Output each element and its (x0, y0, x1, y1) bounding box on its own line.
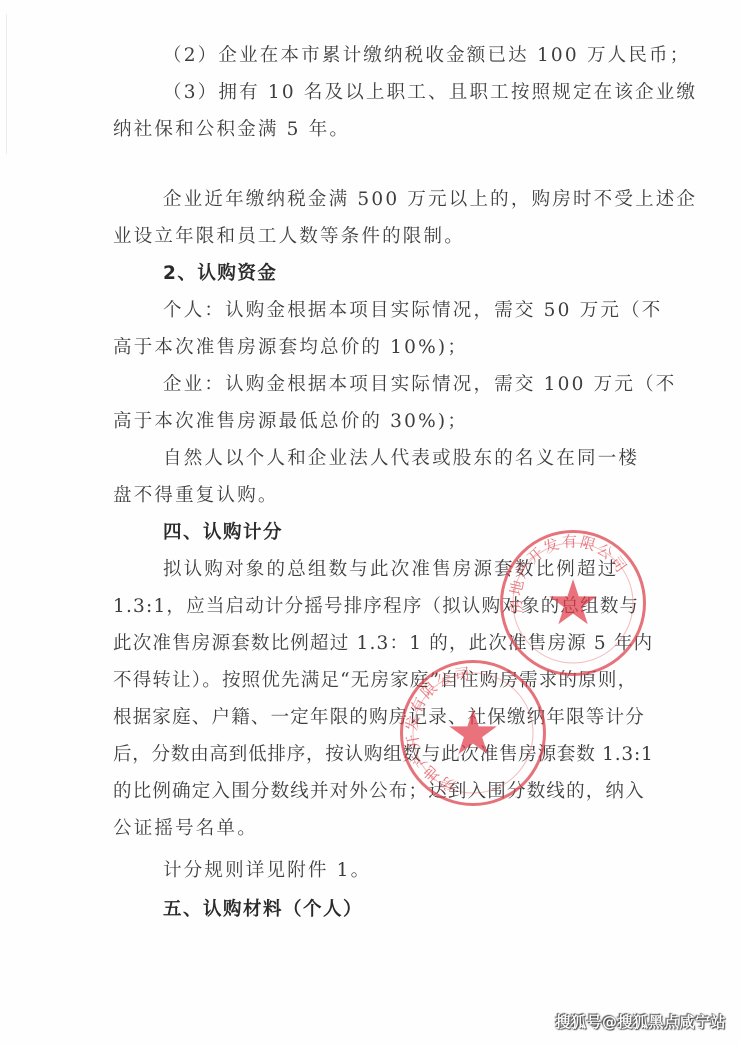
paragraph-line: 盘不得重复认购。 (113, 484, 279, 508)
paragraph-line: 根据家庭、户籍、一定年限的购房记录、社保缴纳年限等计分 (113, 706, 645, 730)
paragraph-line: 不得转让）。按照优先满足“无房家庭”自住购房需求的原则， (113, 669, 637, 693)
source-watermark: 搜狐号@搜狐黑点咸宁站 (555, 1011, 726, 1032)
paragraph-line: 企业：认购金根据本项目实际情况，需交 100 万元（不 (163, 373, 676, 397)
page-edge-shadow (0, 14, 7, 154)
paragraph-line: 高于本次准售房源套均总价的 10%)； (113, 336, 468, 360)
paragraph-line: （3）拥有 10 名及以上职工、且职工按照规定在该企业缴 (163, 81, 697, 105)
paragraph-line: 高于本次准售房源最低总价的 30%)； (113, 410, 468, 434)
paragraph-line: 的比例确定入围分数线并对外公布；达到入围分数线的，纳入 (113, 780, 645, 804)
paragraph-line: 计分规则详见附件 1。 (163, 859, 371, 883)
document-page: （2）企业在本市累计缴纳税收金额已达 100 万人民币； （3）拥有 10 名及… (0, 0, 740, 1046)
section-heading: 五、认购材料（个人） (163, 898, 363, 922)
paragraph-line: 公证摇号名单。 (113, 817, 258, 841)
paragraph-line: 企业近年缴纳税金满 500 万元以上的，购房时不受上述企 (163, 188, 697, 212)
paragraph-line: 拟认购对象的总组数与此次准售房源套数比例超过 (163, 558, 618, 582)
paragraph-line: 自然人以个人和企业法人代表或股东的名义在同一楼 (163, 447, 639, 471)
paragraph-line: 业设立年限和员工人数等条件的限制。 (113, 225, 465, 249)
paragraph-line: 1.3:1，应当启动计分摇号排序程序（拟认购对象的总组数与 (113, 595, 639, 619)
paragraph-line: 纳社保和公积金满 5 年。 (113, 118, 350, 142)
paragraph-line: 后，分数由高到低排序，按认购组数与此次准售房源套数 1.3:1 (113, 743, 654, 767)
paragraph-line: 此次准售房源套数比例超过 1.3：1 的，此次准售房源 5 年内 (113, 632, 653, 656)
section-heading: 2、认购资金 (163, 262, 277, 286)
paragraph-line: （2）企业在本市累计缴纳税收金额已达 100 万人民币； (163, 44, 690, 68)
paragraph-line: 个人：认购金根据本项目实际情况，需交 50 万元（不 (163, 299, 663, 323)
section-heading: 四、认购计分 (163, 521, 283, 545)
